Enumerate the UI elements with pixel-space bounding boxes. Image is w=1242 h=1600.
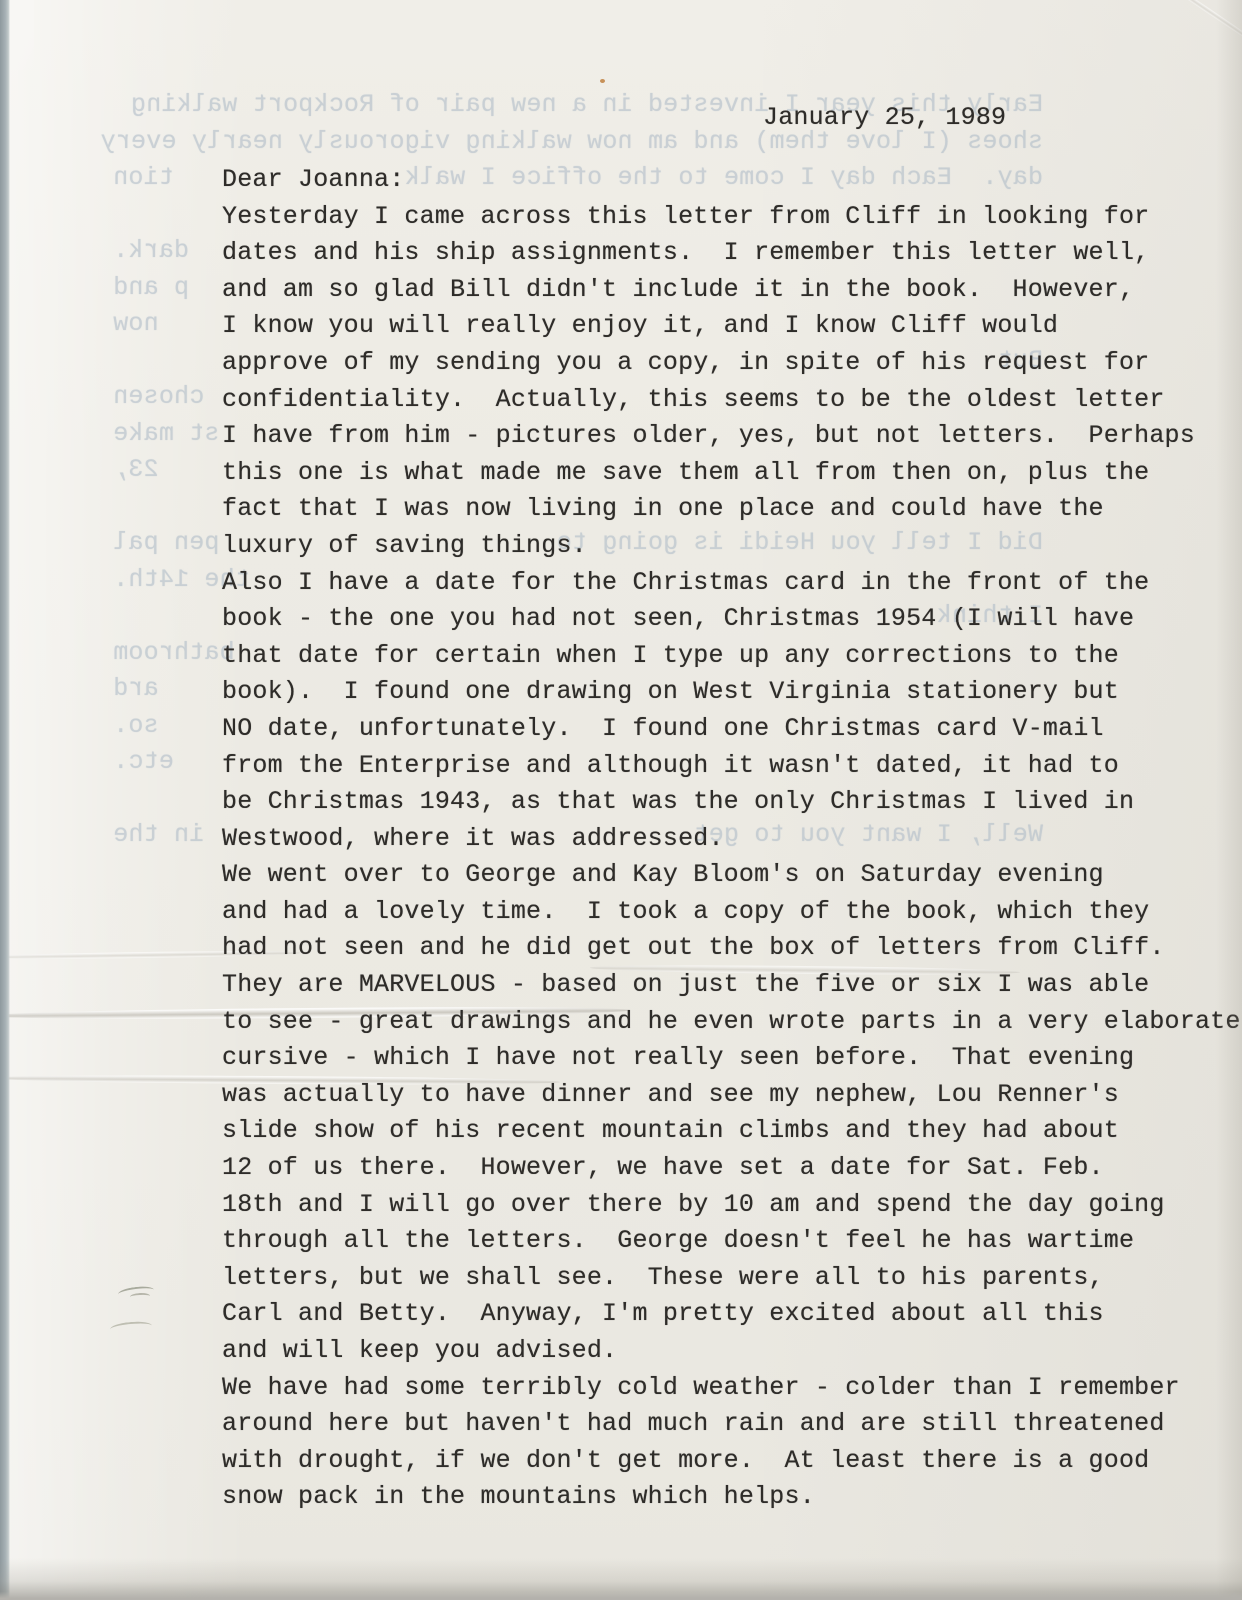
- paper-corner-sliver: [8, 0, 34, 70]
- letter-line: NO date, unfortunately. I found one Chri…: [222, 711, 1241, 748]
- letter-line: cursive - which I have not really seen b…: [222, 1040, 1241, 1077]
- letter-line: approve of my sending you a copy, in spi…: [222, 345, 1241, 382]
- letter-line: around here but haven't had much rain an…: [222, 1406, 1241, 1443]
- letter-line: Westwood, where it was addressed.: [222, 821, 1241, 858]
- scanned-letter-page: Early this year I invested in a new pair…: [0, 0, 1242, 1600]
- letter-line: to see - great drawings and he even wrot…: [222, 1004, 1241, 1041]
- letter-line: slide show of his recent mountain climbs…: [222, 1113, 1241, 1150]
- letter-line: had not seen and he did get out the box …: [222, 930, 1241, 967]
- letter-line: that date for certain when I type up any…: [222, 638, 1241, 675]
- letter-line: luxury of saving things.: [222, 528, 1241, 565]
- letter-date: January 25, 1989: [763, 103, 1006, 132]
- letter-line: and will keep you advised.: [222, 1333, 1241, 1370]
- letter-line: Yesterday I came across this letter from…: [222, 199, 1241, 236]
- letter-line: They are MARVELOUS - based on just the f…: [222, 967, 1241, 1004]
- letter-line: be Christmas 1943, as that was the only …: [222, 784, 1241, 821]
- letter-line: I have from him - pictures older, yes, b…: [222, 418, 1241, 455]
- letter-line: this one is what made me save them all f…: [222, 455, 1241, 492]
- letter-body: Dear Joanna: Yesterday I came across thi…: [222, 162, 1241, 1516]
- letter-line: 12 of us there. However, we have set a d…: [222, 1150, 1241, 1187]
- letter-line: snow pack in the mountains which helps.: [222, 1479, 1241, 1516]
- letter-line: book - the one you had not seen, Christm…: [222, 601, 1241, 638]
- letter-line: We have had some terribly cold weather -…: [222, 1370, 1241, 1407]
- letter-text: January 25, 1989 Dear Joanna: Yesterday …: [0, 0, 1242, 1600]
- letter-line: through all the letters. George doesn't …: [222, 1223, 1241, 1260]
- letter-line: We went over to George and Kay Bloom's o…: [222, 857, 1241, 894]
- letter-line: Carl and Betty. Anyway, I'm pretty excit…: [222, 1296, 1241, 1333]
- letter-line: 18th and I will go over there by 10 am a…: [222, 1187, 1241, 1224]
- letter-salutation: Dear Joanna:: [222, 162, 1241, 199]
- letter-line: letters, but we shall see. These were al…: [222, 1260, 1241, 1297]
- letter-line: with drought, if we don't get more. At l…: [222, 1443, 1241, 1480]
- letter-line: and had a lovely time. I took a copy of …: [222, 894, 1241, 931]
- left-scan-edge: [0, 0, 10, 1600]
- letter-line: was actually to have dinner and see my n…: [222, 1077, 1241, 1114]
- letter-line: and am so glad Bill didn't include it in…: [222, 272, 1241, 309]
- letter-line: fact that I was now living in one place …: [222, 491, 1241, 528]
- letter-line: from the Enterprise and although it wasn…: [222, 748, 1241, 785]
- letter-line: I know you will really enjoy it, and I k…: [222, 308, 1241, 345]
- letter-line: book). I found one drawing on West Virgi…: [222, 674, 1241, 711]
- letter-line: confidentiality. Actually, this seems to…: [222, 382, 1241, 419]
- letter-line: dates and his ship assignments. I rememb…: [222, 235, 1241, 272]
- letter-line: Also I have a date for the Christmas car…: [222, 565, 1241, 602]
